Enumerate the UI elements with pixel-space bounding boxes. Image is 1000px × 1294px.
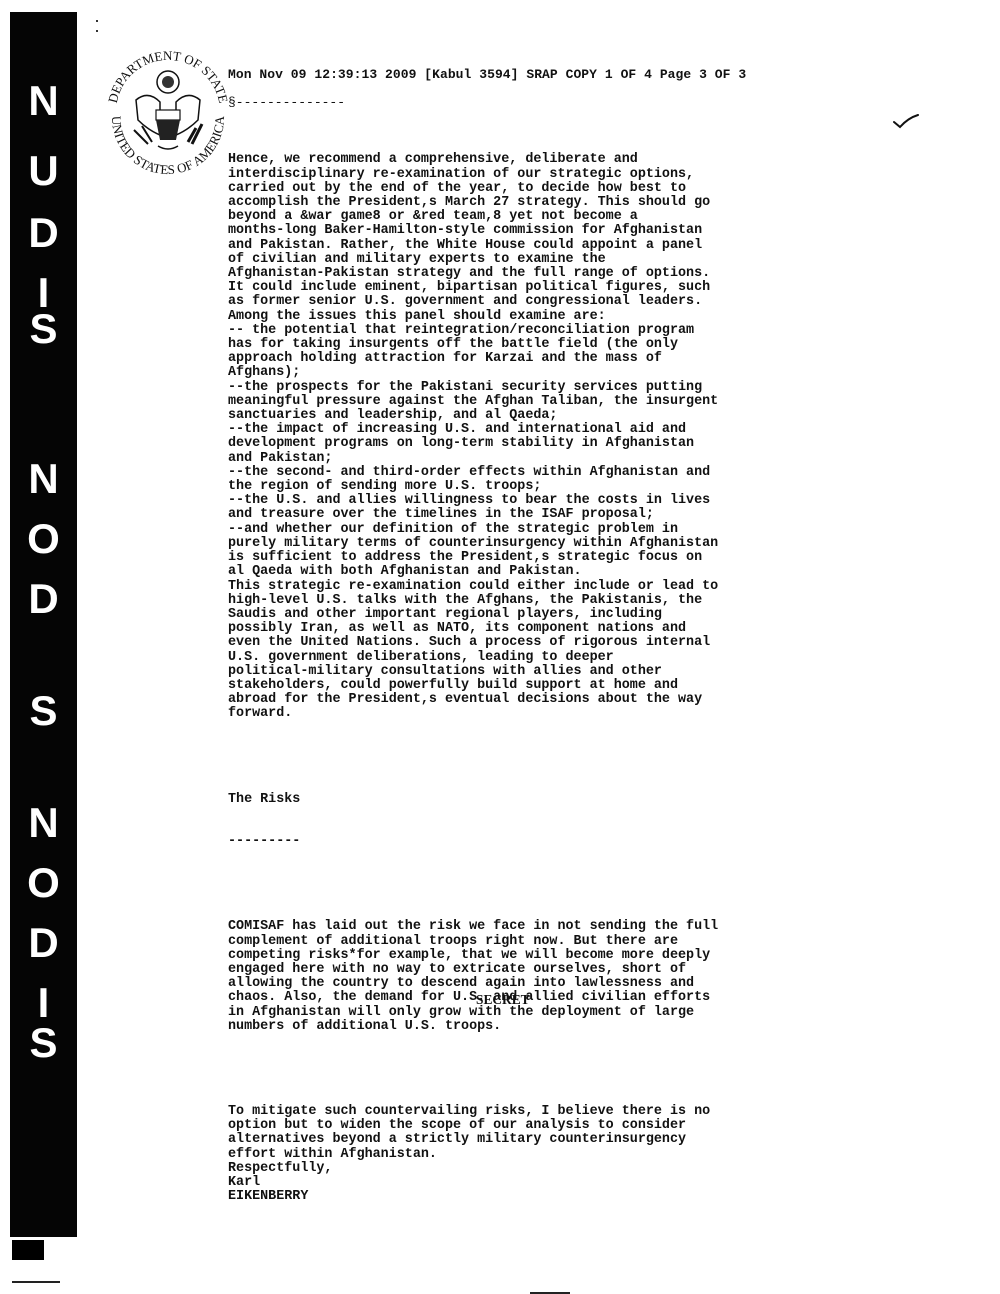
text-line: is sufficient to address the President,s… (228, 551, 828, 565)
nodis-letter: O (10, 862, 77, 904)
text-line: COMISAF has laid out the risk we face in… (228, 920, 828, 934)
text-line: numbers of additional U.S. troops. (228, 1020, 828, 1034)
text-line: as former senior U.S. government and con… (228, 295, 828, 309)
nodis-letter: D (10, 578, 77, 620)
text-line: Karl (228, 1176, 828, 1190)
text-line: approach holding attraction for Karzai a… (228, 352, 828, 366)
text-line: months-long Baker-Hamilton-style commiss… (228, 224, 828, 238)
text-line: engaged here with no way to extricate ou… (228, 963, 828, 977)
nodis-marking-bar: NUDISNODSNODIS (10, 12, 77, 1237)
nodis-letter: S (10, 1022, 77, 1064)
text-line: al Qaeda with both Afghanistan and Pakis… (228, 565, 828, 579)
nodis-letter: D (10, 212, 77, 254)
text-line: and Pakistan. Rather, the White House co… (228, 239, 828, 253)
recommendation-paragraph: Hence, we recommend a comprehensive, del… (228, 153, 828, 721)
text-line: Saudis and other important regional play… (228, 608, 828, 622)
scan-speck (96, 30, 98, 32)
text-line: Afghanistan-Pakistan strategy and the fu… (228, 267, 828, 281)
nodis-letter: U (10, 150, 77, 192)
nodis-letter: S (10, 308, 77, 350)
text-line: beyond a &war game8 or &red team,8 yet n… (228, 210, 828, 224)
text-line: option but to widen the scope of our ana… (228, 1119, 828, 1133)
text-line: accomplish the President,s March 27 stra… (228, 196, 828, 210)
text-line: even the United Nations. Such a process … (228, 636, 828, 650)
text-line: U.S. government deliberations, leading t… (228, 651, 828, 665)
cable-body: Hence, we recommend a comprehensive, del… (228, 125, 828, 1219)
cable-header: Mon Nov 09 12:39:13 2009 [Kabul 3594] SR… (228, 67, 746, 82)
text-line: and treasure over the timelines in the I… (228, 508, 828, 522)
text-line: --the second- and third-order effects wi… (228, 466, 828, 480)
text-line: alternatives beyond a strictly military … (228, 1133, 828, 1147)
text-line: Among the issues this panel should exami… (228, 310, 828, 324)
text-line: -- the potential that reintegration/reco… (228, 324, 828, 338)
closing-paragraph: To mitigate such countervailing risks, I… (228, 1105, 828, 1204)
text-line: --and whether our definition of the stra… (228, 523, 828, 537)
text-line: high-level U.S. talks with the Afghans, … (228, 594, 828, 608)
text-line: Hence, we recommend a comprehensive, del… (228, 153, 828, 167)
scan-artifact-line (12, 1281, 60, 1283)
text-line: and Pakistan; (228, 452, 828, 466)
department-of-state-seal-icon: DEPARTMENT OF STATE UNITED STATES OF AME… (98, 40, 238, 180)
text-line: purely military terms of counterinsurgen… (228, 537, 828, 551)
nodis-letter: D (10, 922, 77, 964)
text-line: possibly Iran, as well as NATO, its comp… (228, 622, 828, 636)
text-line: competing risks*for example, that we wil… (228, 949, 828, 963)
header-separator: §-------------- (228, 95, 345, 110)
scan-speck (96, 20, 98, 22)
text-line: EIKENBERRY (228, 1190, 828, 1204)
text-line: interdisciplinary re-examination of our … (228, 168, 828, 182)
text-line: Afghans); (228, 366, 828, 380)
checkmark-icon (892, 112, 920, 130)
text-line: --the U.S. and allies willingness to bea… (228, 494, 828, 508)
text-line: To mitigate such countervailing risks, I… (228, 1105, 828, 1119)
text-line: --the impact of increasing U.S. and inte… (228, 423, 828, 437)
risks-paragraph: COMISAF has laid out the risk we face in… (228, 920, 828, 1034)
text-line: complement of additional troops right no… (228, 935, 828, 949)
text-line: the region of sending more U.S. troops; (228, 480, 828, 494)
text-line: effort within Afghanistan. (228, 1148, 828, 1162)
section-heading-risks: The Risks (228, 793, 828, 807)
text-line: political-military consultations with al… (228, 665, 828, 679)
nodis-letter: S (10, 690, 77, 732)
text-line: This strategic re-examination could eith… (228, 580, 828, 594)
nodis-letter: N (10, 458, 77, 500)
text-line: forward. (228, 707, 828, 721)
classification-marking: SECRET (476, 992, 530, 1008)
text-line: It could include eminent, bipartisan pol… (228, 281, 828, 295)
text-line: sanctuaries and leadership, and al Qaeda… (228, 409, 828, 423)
nodis-letter: N (10, 802, 77, 844)
text-line: meaningful pressure against the Afghan T… (228, 395, 828, 409)
text-line: development programs on long-term stabil… (228, 437, 828, 451)
text-line: carried out by the end of the year, to d… (228, 182, 828, 196)
scan-artifact-block (12, 1240, 44, 1260)
nodis-letter: N (10, 80, 77, 122)
nodis-letter: O (10, 518, 77, 560)
text-line: abroad for the President,s eventual deci… (228, 693, 828, 707)
text-line: of civilian and military experts to exam… (228, 253, 828, 267)
text-line: stakeholders, could powerfully build sup… (228, 679, 828, 693)
text-line: Respectfully, (228, 1162, 828, 1176)
text-line: --the prospects for the Pakistani securi… (228, 381, 828, 395)
text-line: allowing the country to descend again in… (228, 977, 828, 991)
nodis-letter: I (10, 982, 77, 1024)
section-heading-underline: --------- (228, 835, 828, 849)
text-line: has for taking insurgents off the battle… (228, 338, 828, 352)
